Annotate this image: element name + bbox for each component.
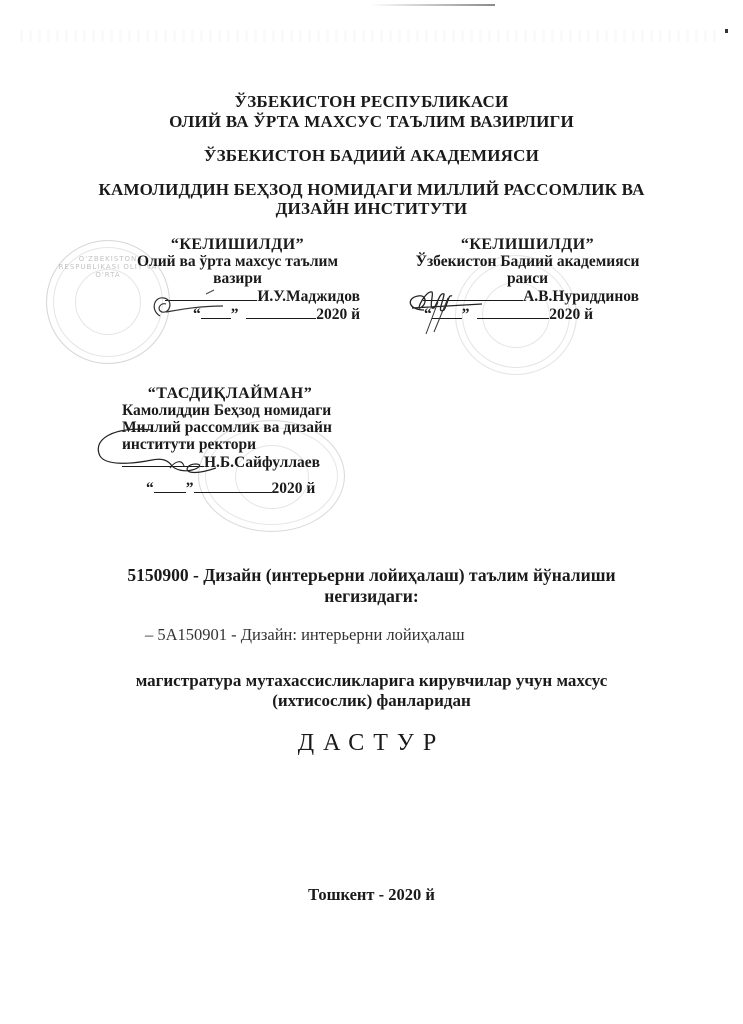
purpose-line1: магистратура мутахассисликларига кирувчи… — [0, 670, 743, 691]
approval-role-cont: раиси — [400, 270, 655, 287]
approval-role-cont: вазири — [115, 270, 360, 287]
approval-heading: “ТАСДИҚЛАЙМАН” — [110, 385, 350, 402]
signature-ministry — [148, 290, 228, 330]
signatory-name: И.У.Маджидов — [257, 288, 360, 305]
approval-role: Ўзбекистон Бадиий академияси — [400, 253, 655, 270]
date-month-line — [246, 305, 316, 319]
signature-academy — [404, 288, 494, 336]
direction-line2: негизидаги: — [0, 586, 743, 607]
signature-rector — [92, 426, 222, 486]
date-year: 2020 й — [272, 480, 316, 497]
document-page: ЎЗБЕКИСТОН РЕСПУБЛИКАСИ ОЛИЙ ВА ЎРТА МАХ… — [0, 0, 743, 1024]
signatory-name: А.В.Нуриддинов — [523, 288, 639, 305]
scan-artifact — [370, 4, 495, 6]
date-year: 2020 й — [549, 306, 593, 323]
header-ministry: ОЛИЙ ВА ЎРТА МАХСУС ТАЪЛИМ ВАЗИРЛИГИ — [0, 112, 743, 132]
header-country: ЎЗБЕКИСТОН РЕСПУБЛИКАСИ — [0, 92, 743, 112]
header-academy: ЎЗБЕКИСТОН БАДИИЙ АКАДЕМИЯСИ — [0, 146, 743, 166]
approval-role: Олий ва ўрта махсус таълим — [115, 253, 360, 270]
scan-artifact — [20, 30, 720, 42]
date-year: 2020 й — [316, 306, 360, 323]
scan-artifact — [725, 29, 728, 33]
specialty-item: – 5А150901 - Дизайн: интерьерни лойиҳала… — [145, 625, 465, 645]
purpose-line2: (ихтисослик) фанларидан — [0, 690, 743, 711]
document-title: ДАСТУР — [0, 730, 743, 757]
direction-line1: 5150900 - Дизайн (интерьерни лойиҳалаш) … — [0, 565, 743, 586]
approval-role: Камолиддин Беҳзод номидаги — [110, 402, 350, 419]
approval-heading: “КЕЛИШИЛДИ” — [115, 236, 360, 253]
city-year: Тошкент - 2020 й — [0, 885, 743, 905]
header-institute-line1: КАМОЛИДДИН БЕҲЗОД НОМИДАГИ МИЛЛИЙ РАССОМ… — [0, 180, 743, 200]
approval-heading: “КЕЛИШИЛДИ” — [400, 236, 655, 253]
header-institute-line2: ДИЗАЙН ИНСТИТУТИ — [0, 199, 743, 219]
